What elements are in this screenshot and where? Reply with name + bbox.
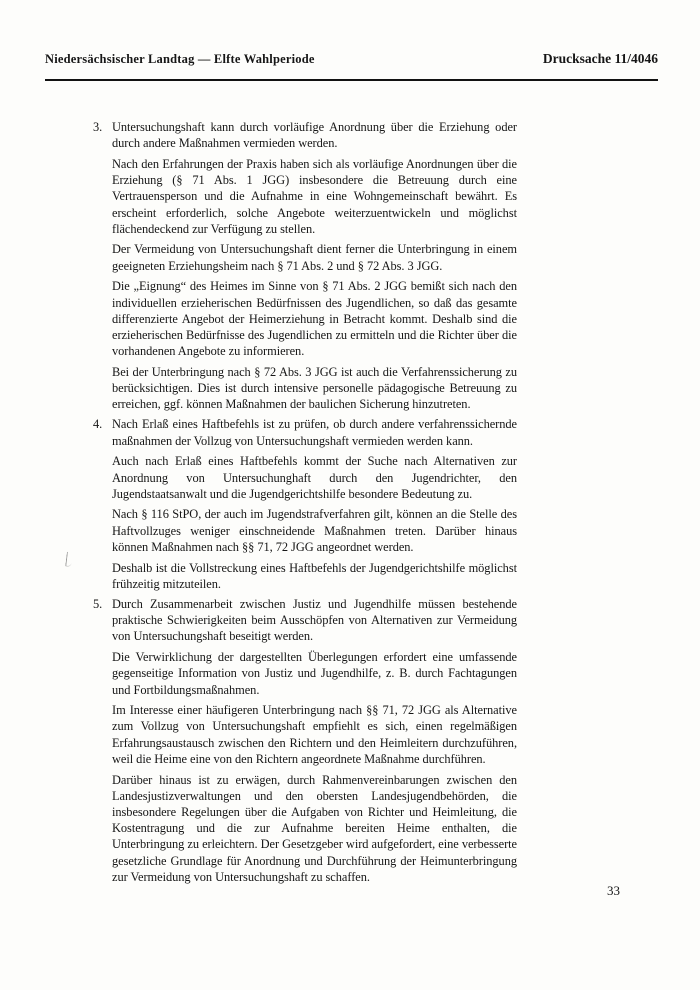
item-paragraphs: Untersuchungshaft kann durch vorläufige …: [112, 119, 517, 412]
paragraph: Bei der Unterbringung nach § 72 Abs. 3 J…: [112, 364, 517, 413]
page-header: Niedersächsischer Landtag — Elfte Wahlpe…: [45, 51, 658, 67]
item-number: 3.: [93, 119, 102, 135]
item-paragraphs: Durch Zusammenarbeit zwischen Justiz und…: [112, 596, 517, 885]
paragraph: Der Vermeidung von Untersuchungshaft die…: [112, 241, 517, 273]
item-paragraphs: Nach Erlaß eines Haftbefehls ist zu prüf…: [112, 416, 517, 592]
item-number: 5.: [93, 596, 102, 612]
paragraph: Nach Erlaß eines Haftbefehls ist zu prüf…: [112, 416, 517, 448]
paragraph: Im Interesse einer häufigeren Unterbring…: [112, 702, 517, 767]
paragraph: Darüber hinaus ist zu erwägen, durch Rah…: [112, 772, 517, 885]
paragraph: Die „Eignung“ des Heimes im Sinne von § …: [112, 278, 517, 359]
page-number: 33: [607, 883, 620, 899]
header-divider-rule: [45, 79, 658, 81]
item-number: 4.: [93, 416, 102, 432]
paragraph: Durch Zusammenarbeit zwischen Justiz und…: [112, 596, 517, 645]
paragraph: Auch nach Erlaß eines Haftbefehls kommt …: [112, 453, 517, 502]
paragraph: Deshalb ist die Vollstreckung eines Haft…: [112, 560, 517, 592]
list-item-3: 3. Untersuchungshaft kann durch vorläufi…: [93, 119, 517, 412]
header-document-number: Drucksache 11/4046: [543, 51, 658, 67]
document-page: Niedersächsischer Landtag — Elfte Wahlpe…: [0, 0, 700, 990]
list-item-4: 4. Nach Erlaß eines Haftbefehls ist zu p…: [93, 416, 517, 592]
list-item-5: 5. Durch Zusammenarbeit zwischen Justiz …: [93, 596, 517, 885]
header-title: Niedersächsischer Landtag — Elfte Wahlpe…: [45, 52, 315, 67]
paragraph: Die Verwirklichung der dargestellten Übe…: [112, 649, 517, 698]
paragraph: Nach § 116 StPO, der auch im Jugendstraf…: [112, 506, 517, 555]
scan-artifact-mark: [65, 552, 73, 568]
document-body: 3. Untersuchungshaft kann durch vorläufi…: [93, 119, 517, 889]
paragraph: Untersuchungshaft kann durch vorläufige …: [112, 119, 517, 151]
paragraph: Nach den Erfahrungen der Praxis haben si…: [112, 156, 517, 237]
